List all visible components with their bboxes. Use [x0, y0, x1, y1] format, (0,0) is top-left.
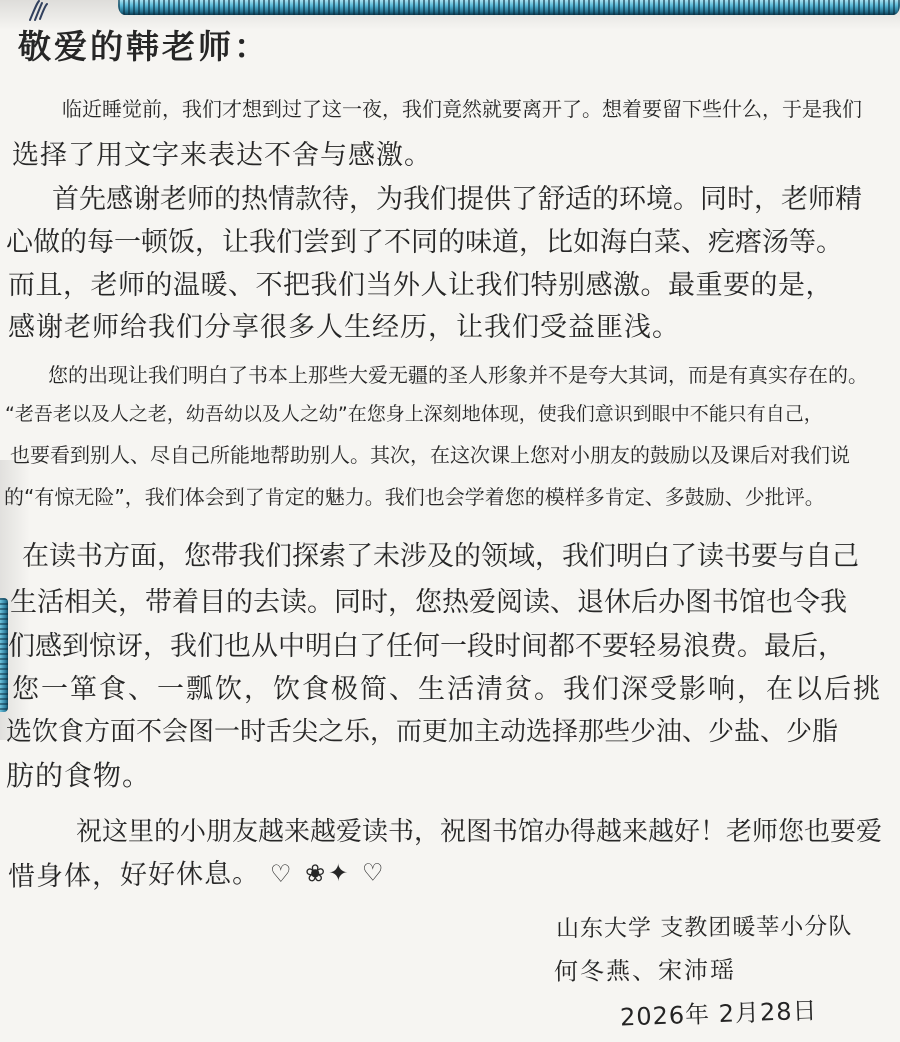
signature-names: 何冬燕、宋沛瑶	[554, 955, 736, 987]
pen-scribble-mark	[26, 0, 54, 22]
closing-line: 祝这里的小朋友越来越爱读书，祝图书馆办得越来越好！老师您也要爱	[76, 816, 882, 849]
body-line: 肪的食物。	[6, 758, 151, 793]
body-line: 选饮食方面不会图一时舌尖之乐，而更加主动选择那些少油、少盐、少脂	[6, 716, 838, 749]
body-line: 临近睡觉前，我们才想到过了这一夜，我们竟然就要离开了。想着要留下些什么，于是我们	[62, 97, 862, 122]
body-line: 的“有惊无险”，我们体会到了肯定的魅力。我们也会学着您的模样多肯定、多鼓励、少批…	[4, 485, 825, 510]
body-line: 您一箪食、一瓢饮，饮食极简、生活清贫。我们深受影响，在以后挑	[12, 673, 882, 707]
body-line: 选择了用文字来表达不舍与感激。	[12, 139, 432, 173]
greeting-line: 敬爱的韩老师：	[18, 26, 270, 67]
body-line: 您的出现让我们明白了书本上那些大爱无疆的圣人形象并不是夸大其词，而是有真实存在的…	[48, 363, 868, 388]
body-line: 感谢老师给我们分享很多人生经历，让我们受益匪浅。	[8, 311, 680, 345]
body-line: 心做的每一顿饭，让我们尝到了不同的味道，比如海白菜、疙瘩汤等。	[6, 226, 843, 260]
closing-line: 惜身体，好好休息。♡ ❀✦ ♡	[8, 855, 387, 894]
top-binding-strip	[118, 0, 900, 15]
left-binding-strip	[0, 598, 8, 712]
body-line: 首先感谢老师的热情款待，为我们提供了舒适的环境。同时，老师精	[52, 183, 862, 217]
hearts-flower-doodle: ♡ ❀✦ ♡	[270, 858, 387, 888]
signature-date: 2026年 2月28日	[620, 996, 818, 1033]
body-line: 也要看到别人、尽自己所能地帮助别人。其次，在这次课上您对小朋友的鼓励以及课后对我…	[10, 443, 850, 468]
signature-team: 山东大学 支教团暖莘小分队	[556, 913, 853, 944]
closing-text: 惜身体，好好休息。	[8, 858, 260, 893]
body-line: 在读书方面，您带我们探索了未涉及的领域，我们明白了读书要与自己	[22, 540, 859, 574]
body-line: 而且，老师的温暖、不把我们当外人让我们特别感激。最重要的是，	[8, 269, 833, 303]
body-line: 生活相关，带着目的去读。同时，您热爱阅读、退休后办图书馆也令我	[10, 586, 847, 620]
letter-paper: 敬爱的韩老师： 临近睡觉前，我们才想到过了这一夜，我们竟然就要离开了。想着要留下…	[0, 0, 900, 1042]
body-line: 们感到惊讶，我们也从中明白了任何一段时间都不要轻易浪费。最后，	[8, 630, 845, 664]
body-line: “老吾老以及人之老，幼吾幼以及人之幼”在您身上深刻地体现，使我们意识到眼中不能只…	[5, 403, 823, 427]
